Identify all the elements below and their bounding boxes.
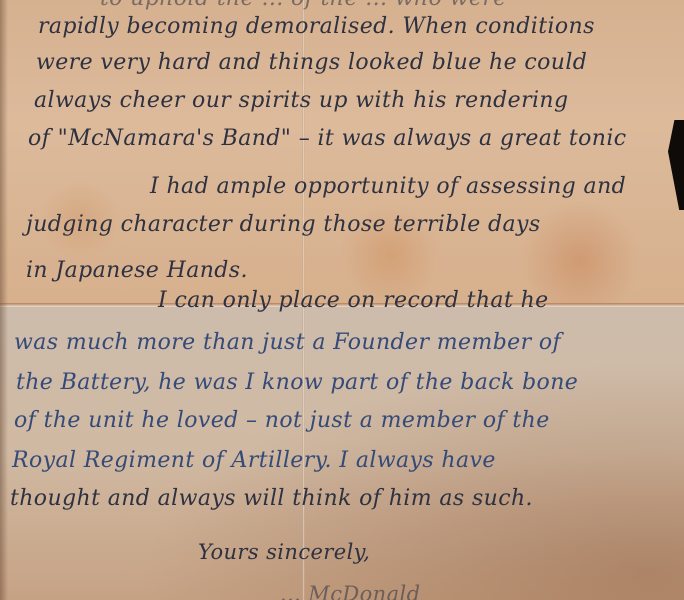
letter-line: were very hard and things looked blue he… <box>36 50 587 75</box>
letter-line-partial-top: to uphold the ... of the ... who were <box>100 0 507 11</box>
letter-line: Royal Regiment of Artillery. I always ha… <box>12 448 496 473</box>
letter-line: of "McNamara's Band" – it was always a g… <box>28 126 627 151</box>
letter-closing: Yours sincerely, <box>198 540 370 564</box>
letter-line: rapidly becoming demoralised. When condi… <box>38 14 595 39</box>
letter-line: thought and always will think of him as … <box>10 486 533 511</box>
letter-line: always cheer our spirits up with his ren… <box>34 88 568 113</box>
letter-line-paragraph-start: I had ample opportunity of assessing and <box>150 174 626 199</box>
letter-line: was much more than just a Founder member… <box>14 330 561 355</box>
letter-body: to uphold the ... of the ... who were ra… <box>0 0 684 600</box>
letter-page: to uphold the ... of the ... who were ra… <box>0 0 684 600</box>
letter-line-paragraph-start: I can only place on record that he <box>158 288 549 313</box>
letter-line: judging character during those terrible … <box>26 212 541 237</box>
letter-line: in Japanese Hands. <box>26 258 248 283</box>
letter-signature: ... McDonald <box>280 582 420 600</box>
letter-line: the Battery, he was I know part of the b… <box>16 370 578 395</box>
letter-line: of the unit he loved – not just a member… <box>14 408 550 433</box>
